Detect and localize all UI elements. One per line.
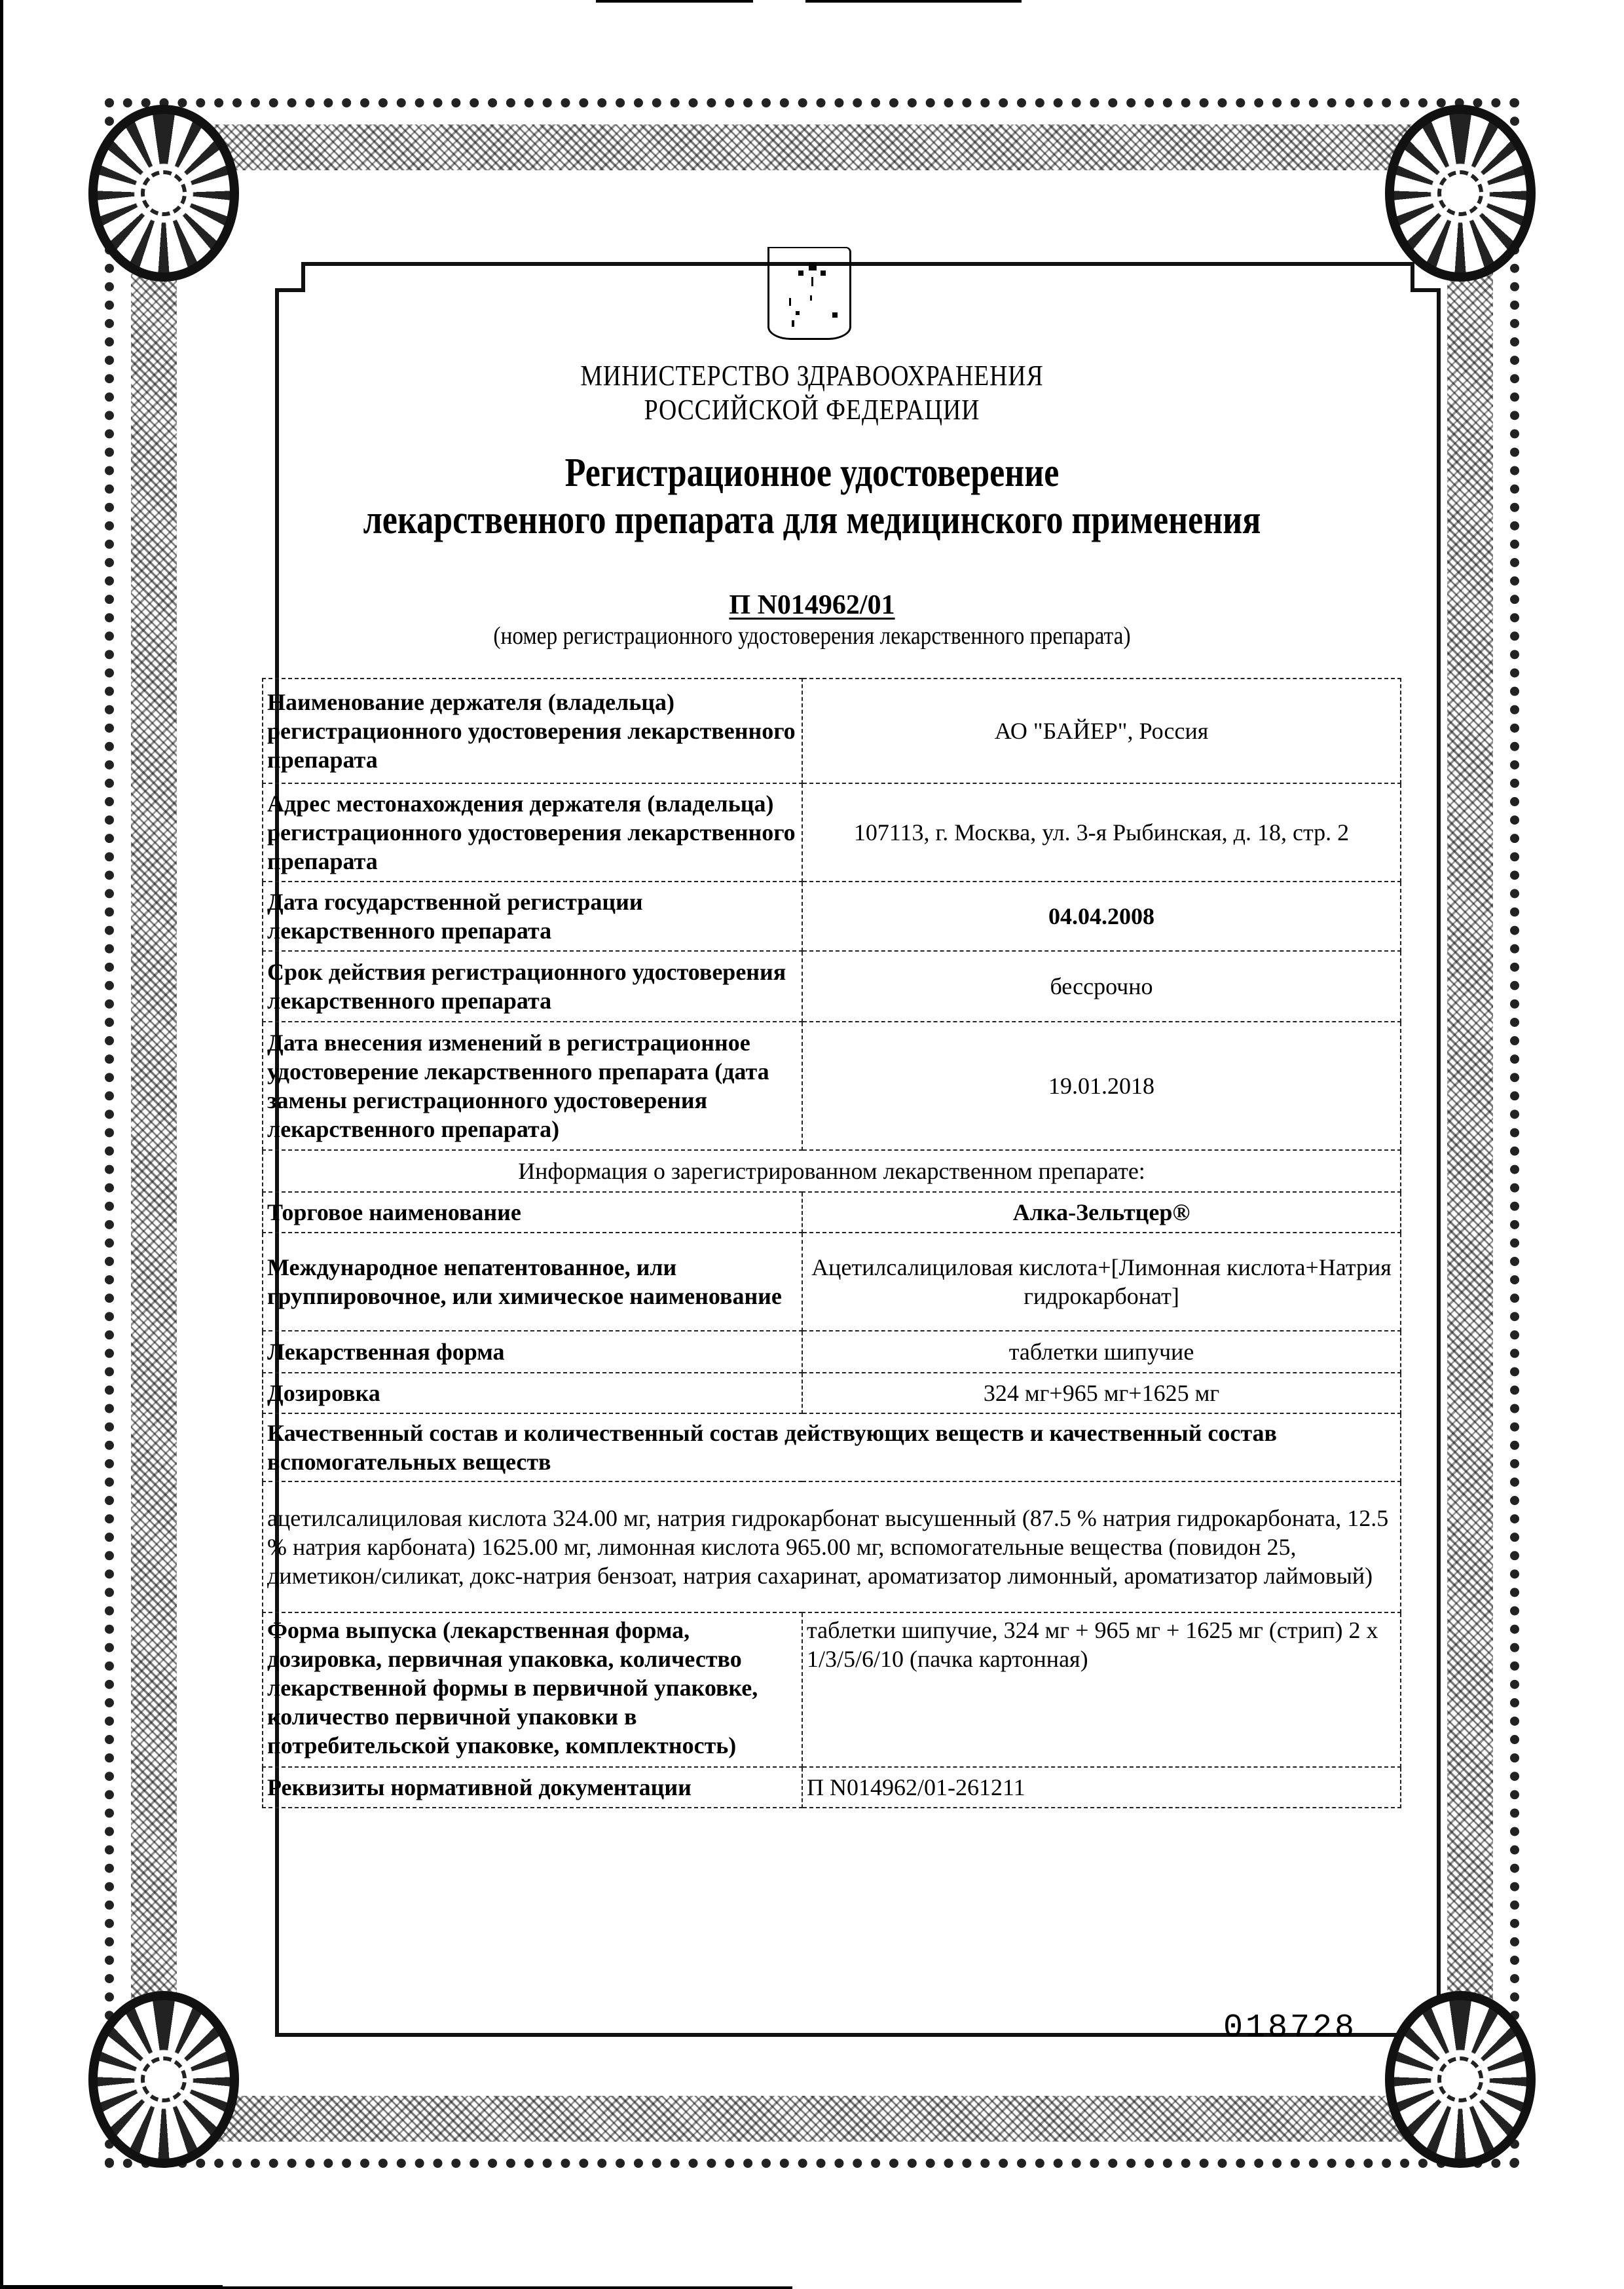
row-label: Реквизиты нормативной документации (263, 1767, 802, 1808)
row-value: бессрочно (802, 951, 1401, 1022)
scan-edge (0, 0, 3, 2289)
row-label: Адрес местонахождения держателя (владель… (263, 783, 802, 882)
row-value: Алка-Зельтцер® (802, 1192, 1401, 1233)
table-row-validity: Срок действия регистрационного удостовер… (263, 951, 1401, 1022)
scan-top-marks (596, 0, 1028, 3)
composition-header: Качественный состав и количественный сос… (263, 1413, 1401, 1481)
ministry-line-1: МИНИСТЕРСТВО ЗДРАВООХРАНЕНИЯ (114, 359, 1511, 393)
row-label: Срок действия регистрационного удостовер… (263, 951, 802, 1022)
composition-text: ацетилсалициловая кислота 324.00 мг, нат… (263, 1481, 1401, 1612)
document-title: Регистрационное удостоверение лекарствен… (130, 449, 1494, 544)
row-value: 324 мг+965 мг+1625 мг (802, 1373, 1401, 1413)
row-value: таблетки шипучие, 324 мг + 965 мг + 1625… (802, 1612, 1401, 1767)
table-row-normative-docs: Реквизиты нормативной документации П N01… (263, 1767, 1401, 1808)
frame-corner-step (275, 262, 305, 292)
row-value: 04.04.2008 (802, 882, 1401, 951)
row-label: Дозировка (263, 1373, 802, 1413)
row-value: АО "БАЙЕР", Россия (802, 679, 1401, 783)
certificate-table: Наименование держателя (владельца) регис… (262, 678, 1401, 1808)
table-row-change-date: Дата внесения изменений в регистрационно… (263, 1022, 1401, 1150)
row-value: таблетки шипучие (802, 1331, 1401, 1373)
ministry-line-2: РОССИЙСКОЙ ФЕДЕРАЦИИ (114, 393, 1511, 427)
table-row-composition-header: Качественный состав и количественный сос… (263, 1413, 1401, 1481)
corner-rosette-icon (1385, 105, 1536, 282)
scan-bottom-marks (0, 2285, 799, 2289)
row-value: П N014962/01-261211 (802, 1767, 1401, 1808)
registration-number-value: П N014962/01 (729, 590, 895, 620)
registration-number-caption: (номер регистрационного удостоверения ле… (98, 621, 1526, 651)
row-label: Дата государственной регистрации лекарст… (263, 882, 802, 951)
corner-rosette-icon (88, 1991, 239, 2168)
row-label: Торговое наименование (263, 1192, 802, 1233)
table-row-composition: ацетилсалициловая кислота 324.00 мг, нат… (263, 1481, 1401, 1612)
row-value: 107113, г. Москва, ул. 3-я Рыбинская, д.… (802, 783, 1401, 882)
row-label: Наименование держателя (владельца) регис… (263, 679, 802, 783)
section-header: Информация о зарегистрированном лекарств… (263, 1150, 1401, 1192)
table-row-holder-name: Наименование держателя (владельца) регис… (263, 679, 1401, 783)
table-row-release-form: Форма выпуска (лекарственная форма, дози… (263, 1612, 1401, 1767)
title-line-1: Регистрационное удостоверение (130, 449, 1494, 496)
row-label: Дата внесения изменений в регистрационно… (263, 1022, 802, 1150)
form-serial-number: 018728 (1223, 2009, 1357, 2047)
row-value: Ацетилсалициловая кислота+[Лимонная кисл… (802, 1233, 1401, 1331)
table-row-trade-name: Торговое наименование Алка-Зельтцер® (263, 1192, 1401, 1233)
row-label: Международное непатентованное, или групп… (263, 1233, 802, 1331)
row-value: 19.01.2018 (802, 1022, 1401, 1150)
table-section-header: Информация о зарегистрированном лекарств… (263, 1150, 1401, 1192)
title-line-2: лекарственного препарата для медицинског… (130, 496, 1494, 544)
row-label: Форма выпуска (лекарственная форма, дози… (263, 1612, 802, 1767)
corner-rosette-icon (88, 105, 239, 282)
ministry-name: МИНИСТЕРСТВО ЗДРАВООХРАНЕНИЯ РОССИЙСКОЙ … (114, 359, 1511, 427)
table-row-holder-address: Адрес местонахождения держателя (владель… (263, 783, 1401, 882)
table-row-inn: Международное непатентованное, или групп… (263, 1233, 1401, 1331)
corner-rosette-icon (1385, 1991, 1536, 2168)
coat-of-arms-icon (767, 247, 851, 340)
row-label: Лекарственная форма (263, 1331, 802, 1373)
table-row-dosage: Дозировка 324 мг+965 мг+1625 мг (263, 1373, 1401, 1413)
table-row-registration-date: Дата государственной регистрации лекарст… (263, 882, 1401, 951)
registration-number: П N014962/01 (0, 589, 1624, 621)
table-row-dosage-form: Лекарственная форма таблетки шипучие (263, 1331, 1401, 1373)
